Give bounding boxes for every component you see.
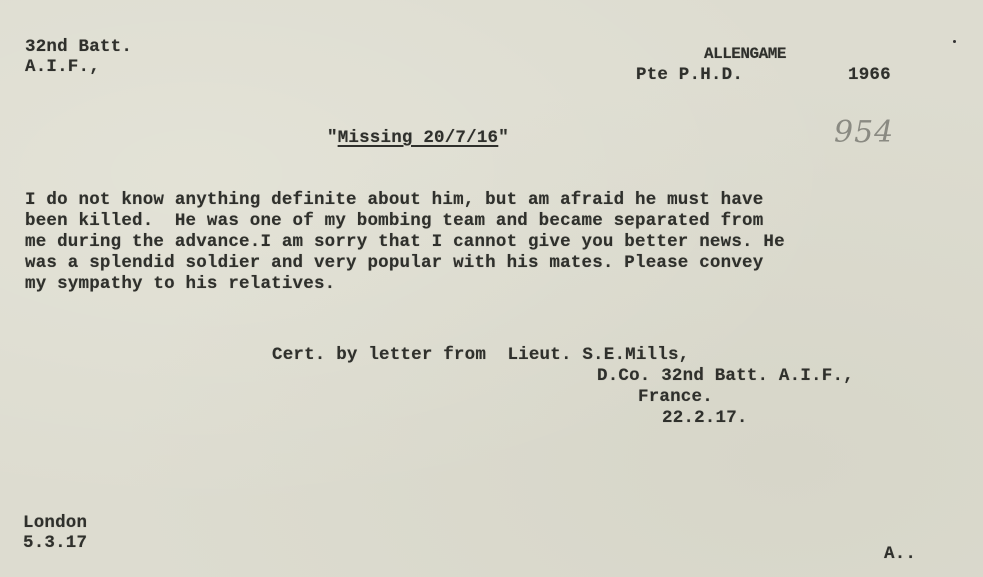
footer-initial: A..: [884, 544, 916, 564]
pencil-annotation: 954: [834, 115, 894, 150]
unit-header: 32nd Batt. A.I.F.,: [25, 37, 132, 77]
certification-line: Cert. by letter from Lieut. S.E.Mills,: [272, 345, 689, 365]
body-line: was a splendid soldier and very popular …: [25, 253, 763, 273]
status-title: "Missing 20/7/16": [327, 128, 509, 148]
body-line: been killed. He was one of my bombing te…: [25, 211, 763, 231]
footer-place-date: London 5.3.17: [23, 513, 87, 553]
title-open-quote: ": [327, 128, 338, 148]
unit-line-2: A.I.F.,: [25, 57, 100, 77]
title-close-quote: ": [498, 128, 509, 148]
unit-line-1: 32nd Batt.: [25, 37, 132, 57]
body-line: I do not know anything definite about hi…: [25, 190, 763, 210]
footer-place: London: [23, 513, 87, 533]
statement-body: I do not know anything definite about hi…: [25, 190, 785, 295]
service-number: 1966: [848, 65, 891, 85]
signatory-location: France.: [638, 387, 713, 407]
footer-date: 5.3.17: [23, 533, 87, 553]
status-title-text: Missing 20/7/16: [338, 128, 499, 148]
body-line: my sympathy to his relatives.: [25, 274, 335, 294]
body-line: me during the advance.I am sorry that I …: [25, 232, 785, 252]
signatory-date: 22.2.17.: [662, 408, 748, 428]
soldier-rank-name: Pte P.H.D.: [636, 65, 743, 85]
document-page: 32nd Batt. A.I.F., ALLENGAME Pte P.H.D. …: [0, 0, 983, 577]
ink-speck: [953, 40, 956, 43]
signatory-unit: D.Co. 32nd Batt. A.I.F.,: [597, 366, 854, 386]
soldier-surname: ALLENGAME: [704, 44, 786, 64]
